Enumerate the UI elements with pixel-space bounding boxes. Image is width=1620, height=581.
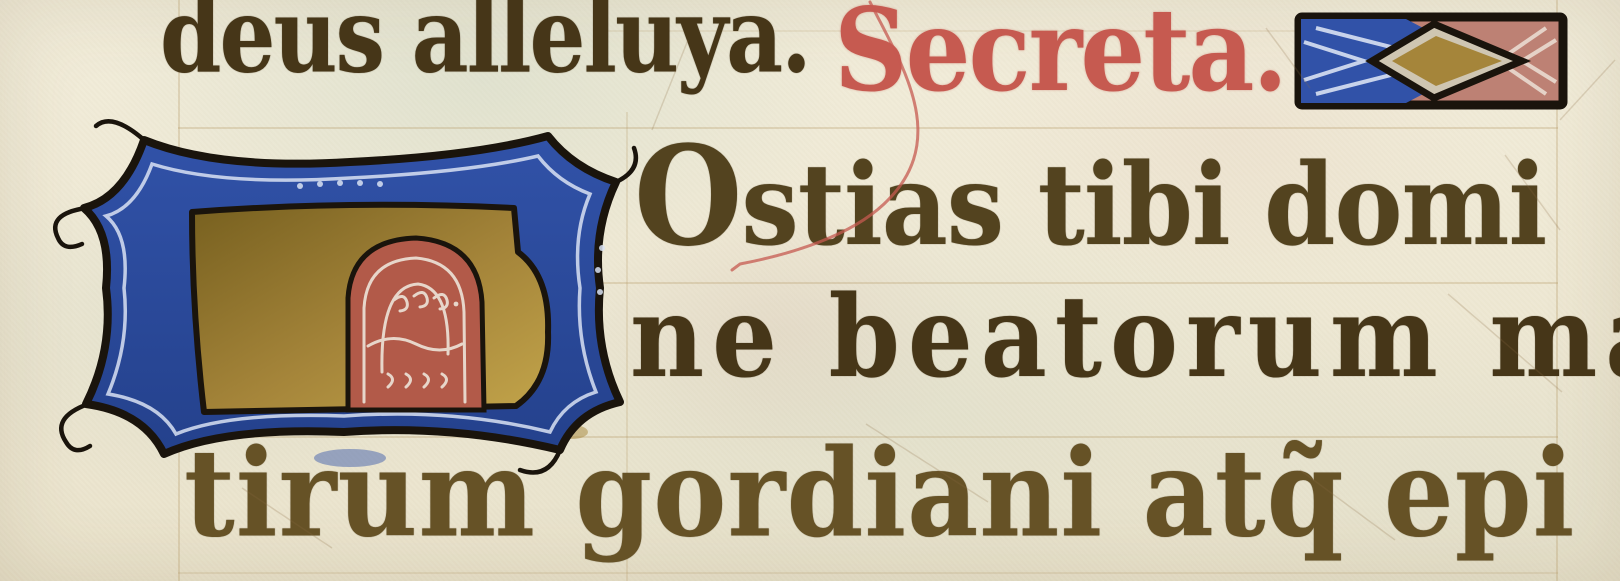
body-line-2: Ostias tibi domi (634, 112, 1546, 283)
line-filler-ornament (1294, 12, 1568, 110)
blue-bleed-stain (314, 449, 386, 467)
manuscript-page: deus alleluya. Secreta. Ostias tibi domi… (0, 0, 1620, 581)
body-line-3: ne beatorum mar (630, 268, 1620, 408)
opening-line-text: deus alleluya. (160, 0, 810, 100)
ruling-line (178, 572, 1558, 574)
illuminated-initial-h (50, 108, 640, 464)
rubric-text: Secreta. (834, 0, 1286, 123)
